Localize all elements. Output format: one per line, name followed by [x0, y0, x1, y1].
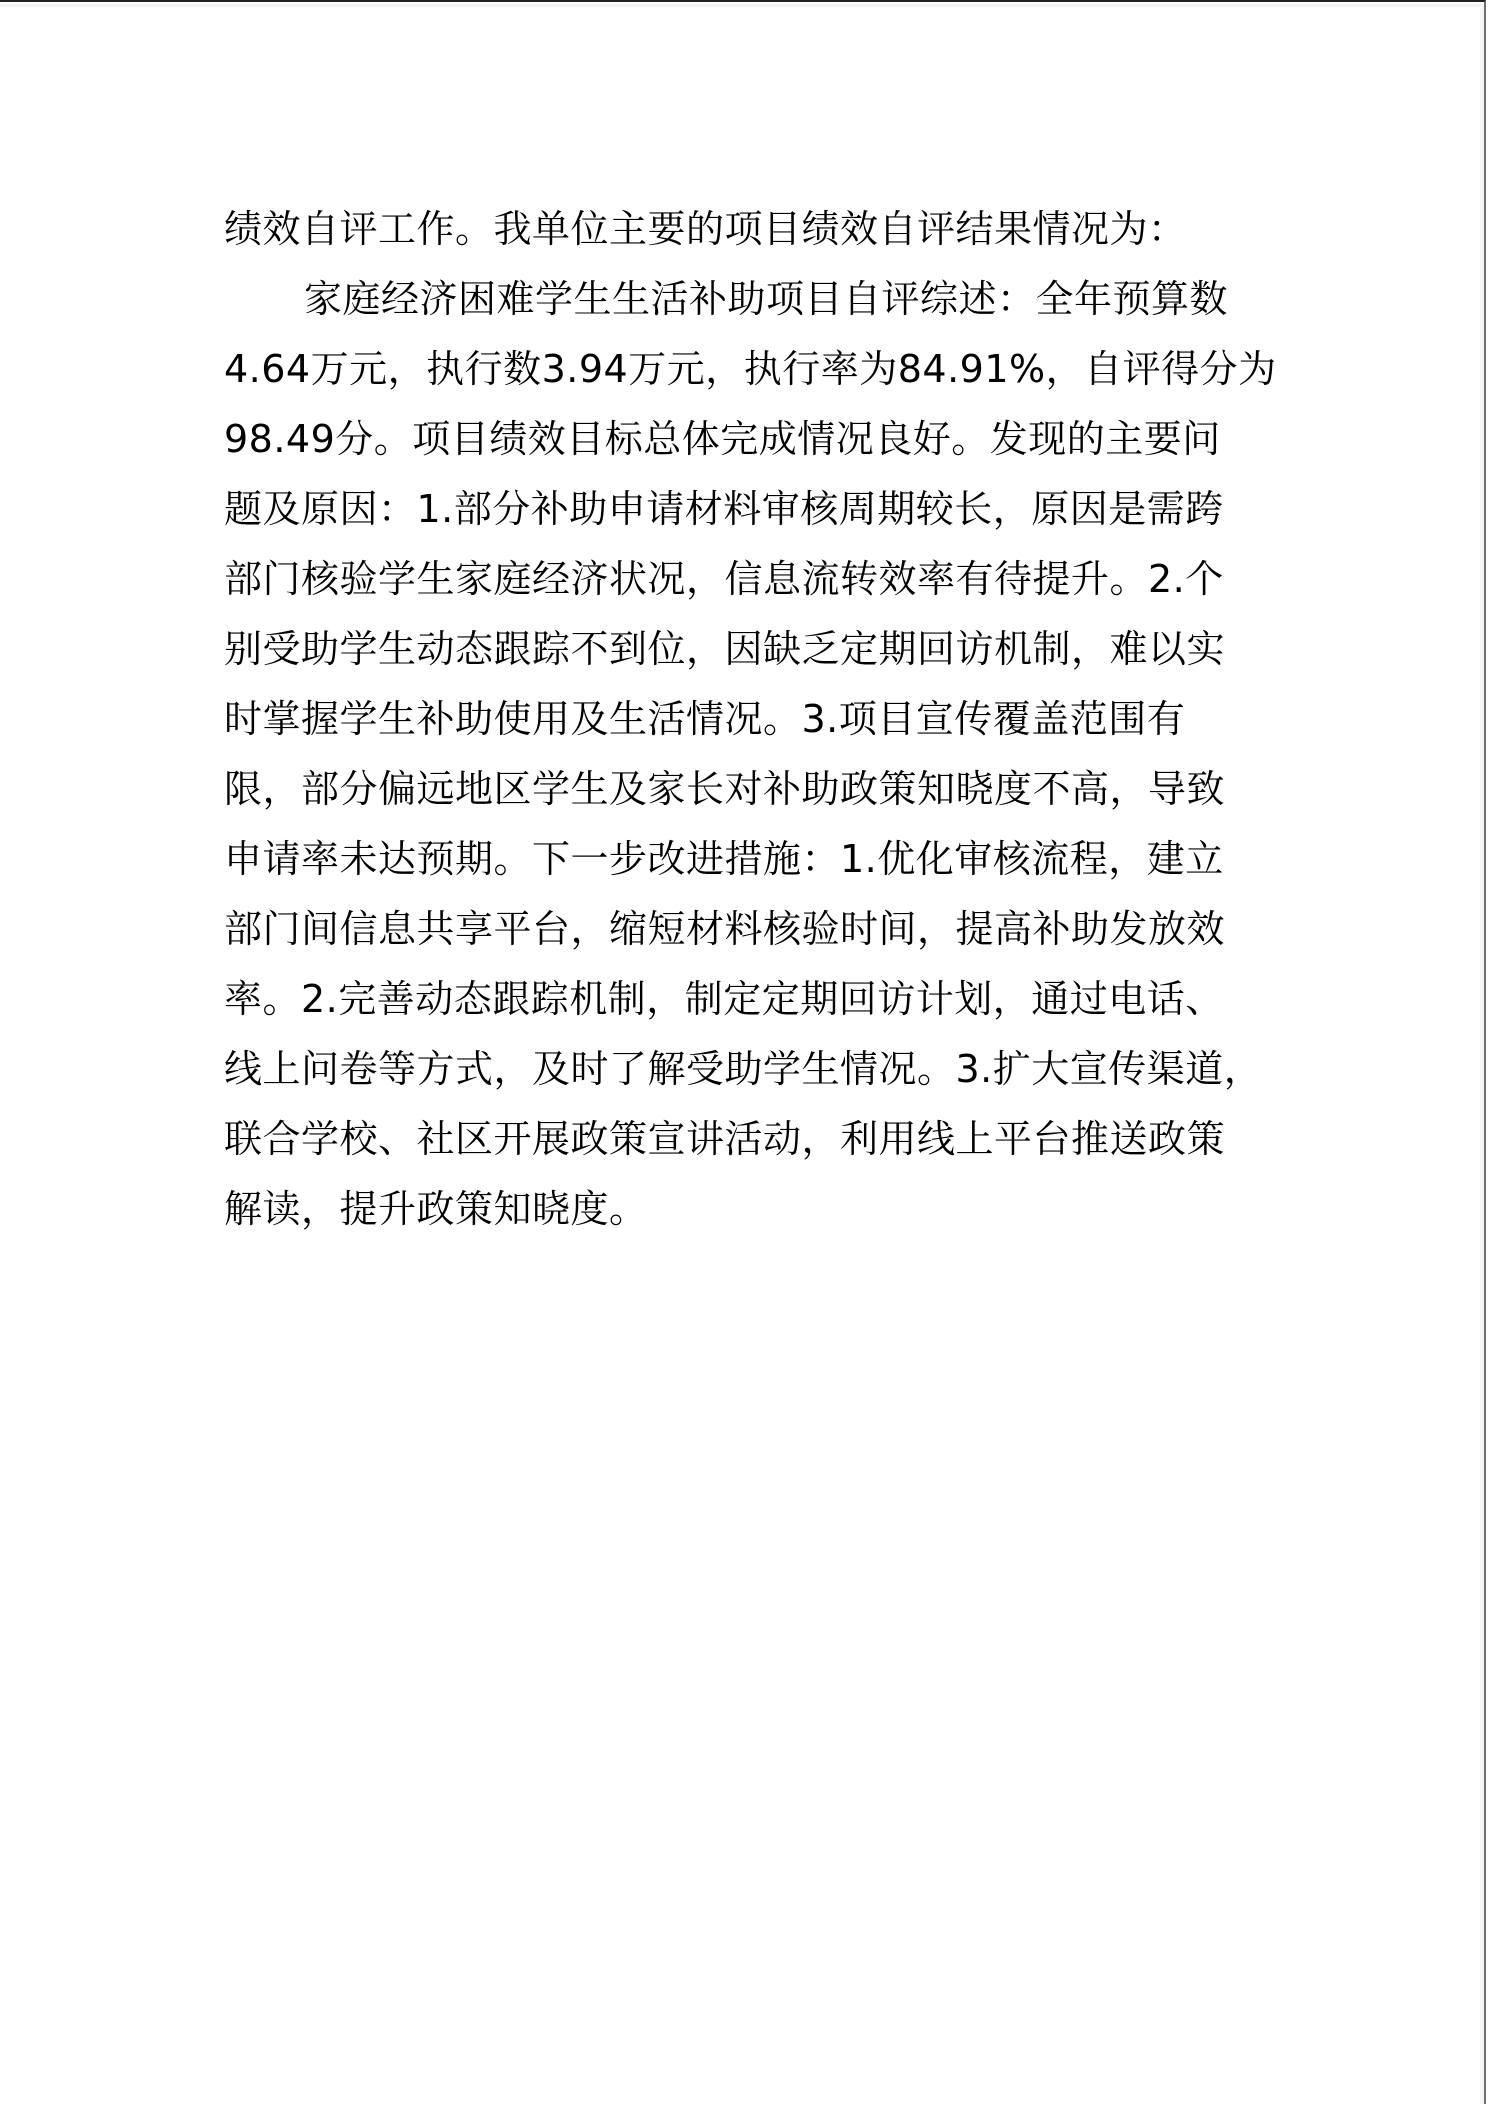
paragraph-line-score: 98.49分。项目绩效目标总体完成情况良好。发现的主要问 [224, 404, 1270, 474]
paragraph-line-issue-2: 别受助学生动态跟踪不到位，因缺乏定期回访机制，难以实 [224, 614, 1270, 684]
page-top-edge [0, 4, 1484, 7]
paragraph-line-project-title: 家庭经济困难学生生活补助项目自评综述：全年预算数 [224, 264, 1270, 334]
paragraph-line-measure-2: 率。2.完善动态跟踪机制，制定定期回访计划，通过电话、 [224, 964, 1270, 1034]
paragraph-line-measure-3: 线上问卷等方式，及时了解受助学生情况。3.扩大宣传渠道， [224, 1034, 1270, 1104]
paragraph-line-issue-1-cont: 部门核验学生家庭经济状况，信息流转效率有待提升。2.个 [224, 544, 1270, 614]
paragraph-line-closing: 解读，提升政策知晓度。 [224, 1174, 1270, 1244]
paragraph-line-intro: 绩效自评工作。我单位主要的项目绩效自评结果情况为： [224, 194, 1270, 264]
paragraph-line-issue-3-cont: 限，部分偏远地区学生及家长对补助政策知晓度不高，导致 [224, 754, 1270, 824]
paragraph-line-measure-1-cont: 部门间信息共享平台，缩短材料核验时间，提高补助发放效 [224, 894, 1270, 964]
page-right-edge [1480, 2, 1484, 2104]
document-body: 绩效自评工作。我单位主要的项目绩效自评结果情况为： 家庭经济困难学生生活补助项目… [224, 194, 1270, 1244]
paragraph-line-issue-3: 时掌握学生补助使用及生活情况。3.项目宣传覆盖范围有 [224, 684, 1270, 754]
paragraph-line-issue-1: 题及原因：1.部分补助申请材料审核周期较长，原因是需跨 [224, 474, 1270, 544]
paragraph-line-measure-1: 申请率未达预期。下一步改进措施：1.优化审核流程，建立 [224, 824, 1270, 894]
paragraph-line-measure-3-cont: 联合学校、社区开展政策宣讲活动，利用线上平台推送政策 [224, 1104, 1270, 1174]
document-page: 绩效自评工作。我单位主要的项目绩效自评结果情况为： 家庭经济困难学生生活补助项目… [0, 0, 1486, 2104]
paragraph-line-budget-figures: 4.64万元，执行数3.94万元，执行率为84.91%，自评得分为 [224, 334, 1270, 404]
